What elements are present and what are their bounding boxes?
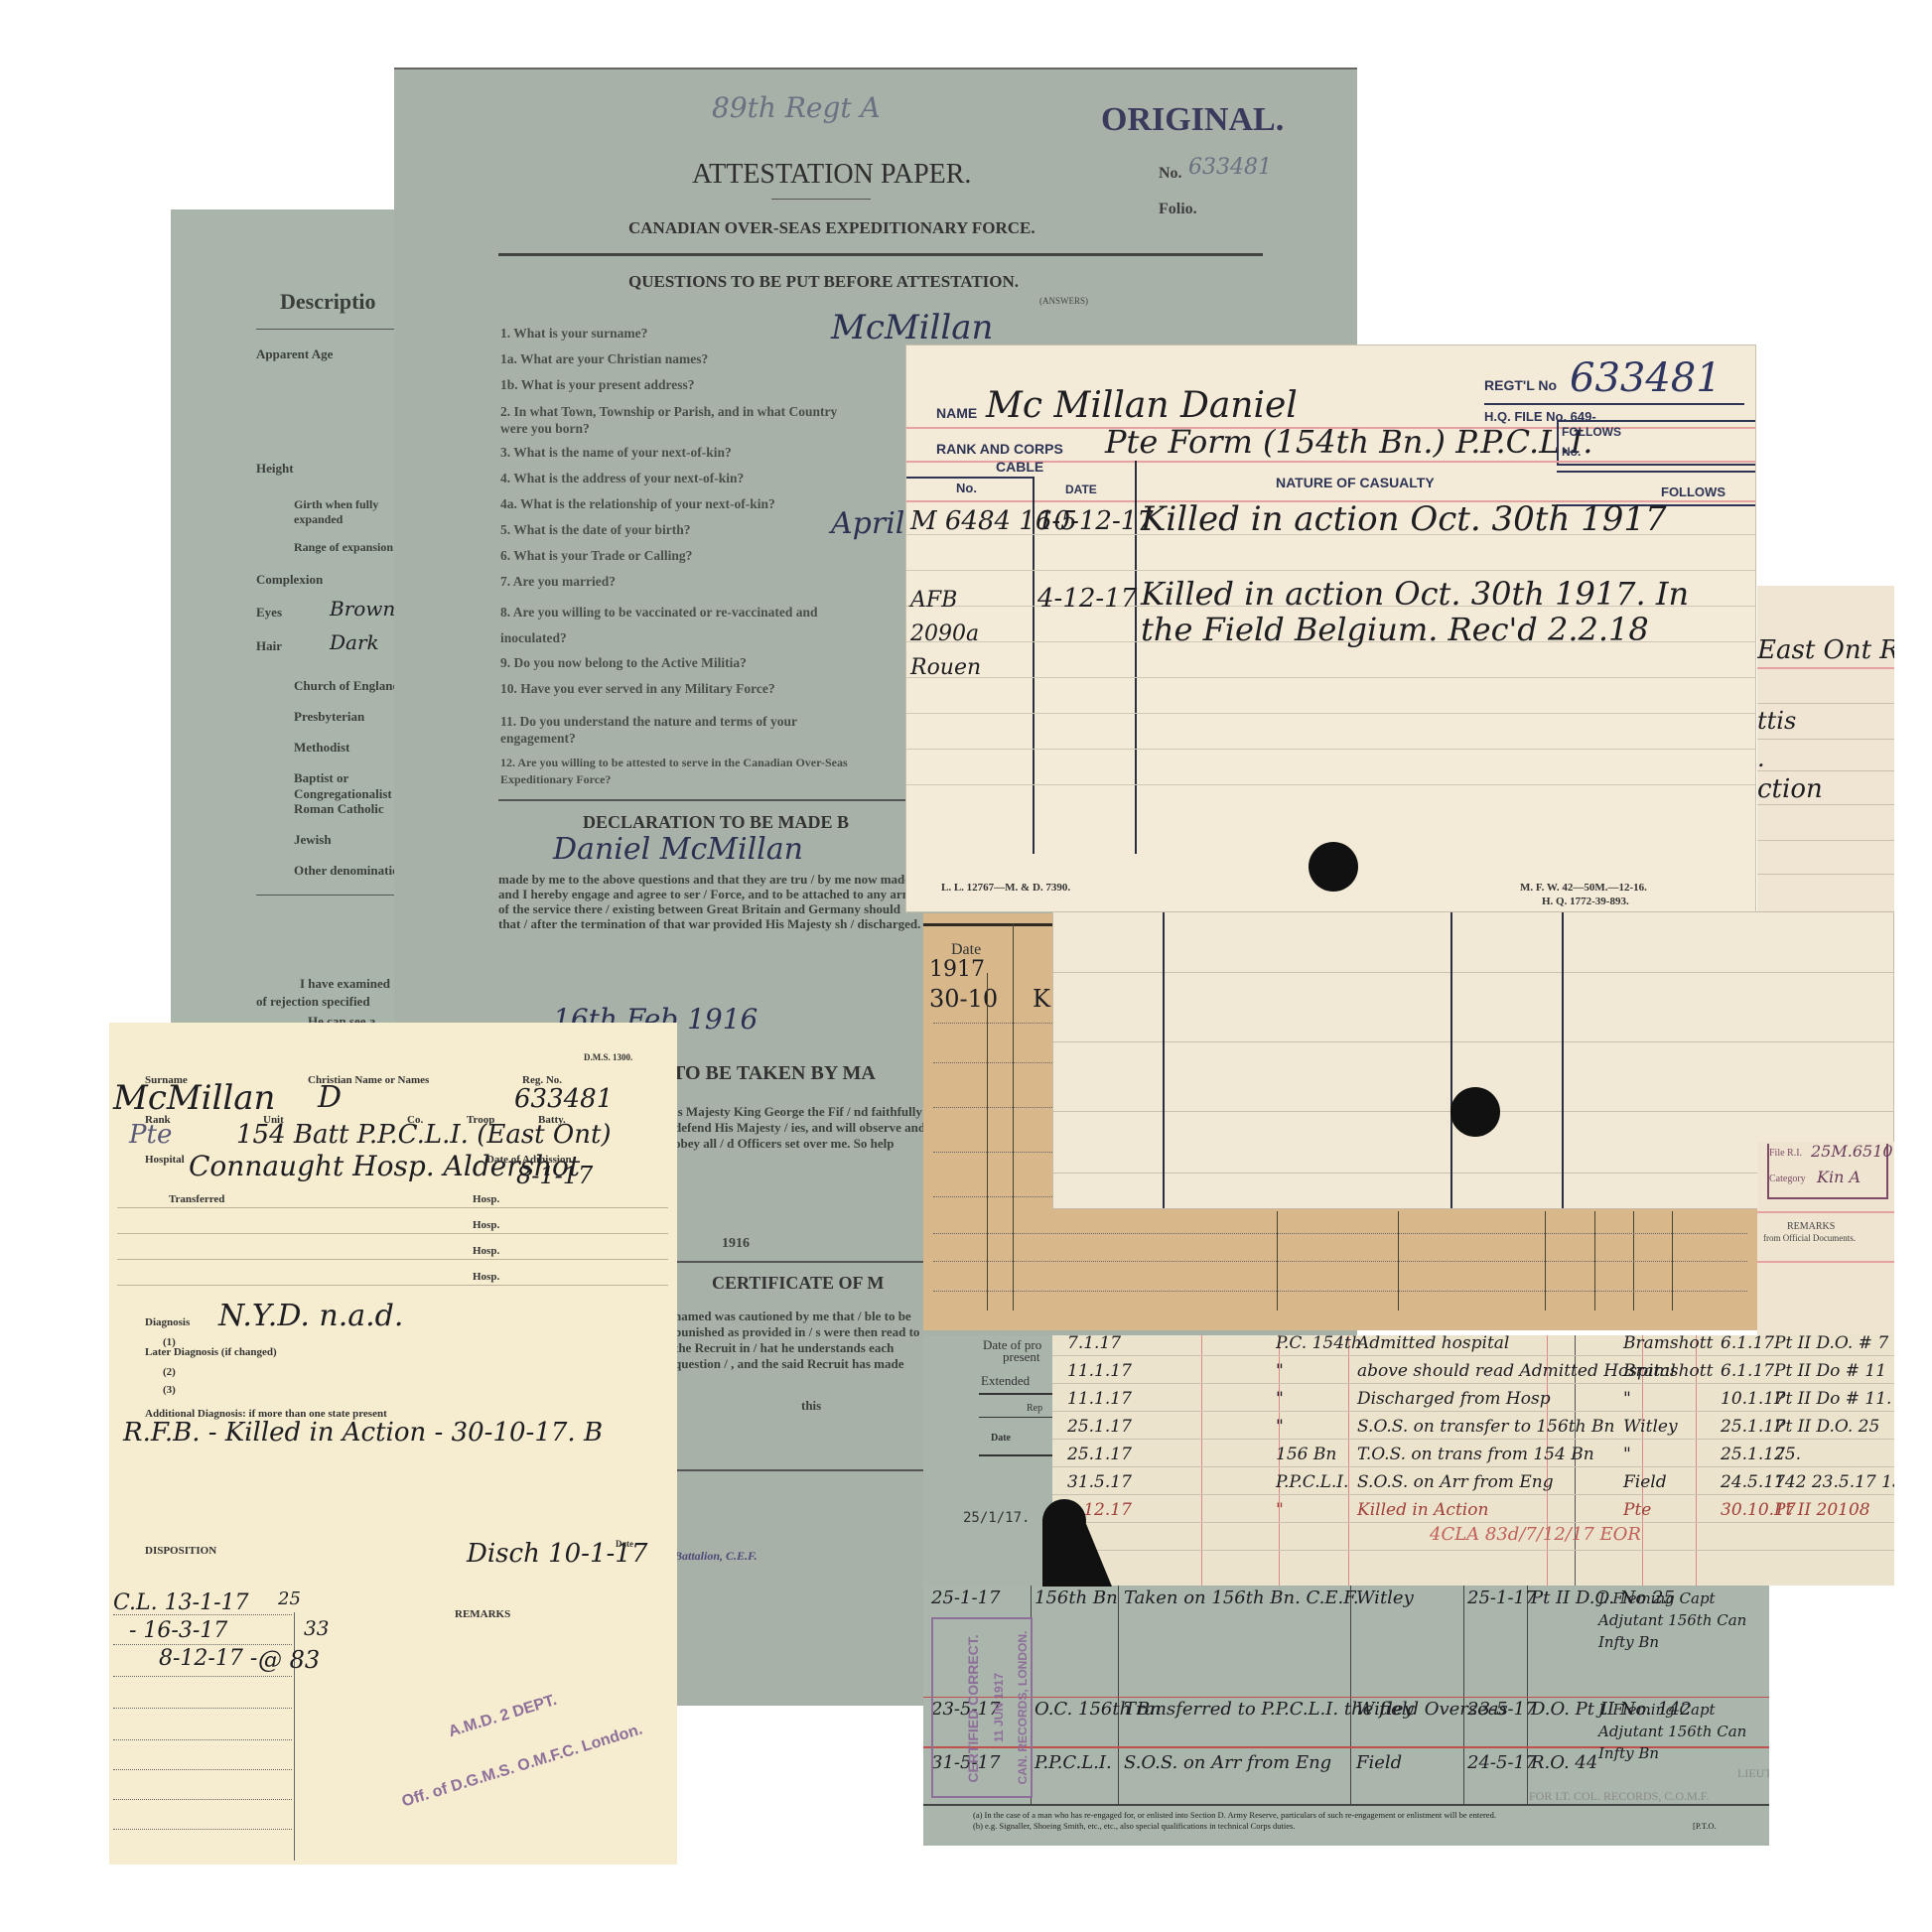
service-row-auth: Pt II D.O. 25 [1774, 1417, 1879, 1437]
remarks-sub: from Official Documents. [1763, 1233, 1856, 1243]
service-row-auth: Pt II 20108 [1774, 1500, 1870, 1520]
service-record: 7.1.17P.C. 154thAdmitted hospitalBramsho… [1052, 1335, 1894, 1586]
bottom-row-event: Transferred to P.P.C.L.I. the field Over… [1124, 1699, 1508, 1720]
attestation-number: 633481 [1188, 155, 1272, 180]
tan-year: 1917 [929, 957, 985, 982]
question-9: 9. Do you now belong to the Active Milit… [500, 655, 747, 671]
signoff-rank: LIEUT [1737, 1766, 1769, 1781]
nature-label: NATURE OF CASUALTY [1276, 475, 1435, 490]
label-present: present [1003, 1349, 1040, 1365]
service-row-unit: " [1276, 1389, 1284, 1409]
cable-label: CABLE [996, 459, 1043, 475]
footer-right-1: M. F. W. 42—50M.—12-16. [1520, 882, 1647, 894]
service-row-auth: Pt II Do # 11 [1774, 1361, 1886, 1381]
signoff: FOR LT. COL. RECORDS, C.O.M.F. [1529, 1789, 1709, 1804]
attestation-title: ATTESTATION PAPER. [692, 159, 971, 191]
follows-label-2: FOLLOWS [1661, 484, 1725, 499]
service-row-date: 25.1.17 [1067, 1417, 1132, 1437]
bottom-row-auth: R.O. 44 [1531, 1752, 1597, 1773]
field-expansion: Range of expansion [294, 540, 393, 555]
description-paper: Descriptio Apparent Age Height Girth whe… [171, 209, 419, 1034]
declaration-heading: DECLARATION TO BE MADE B [583, 812, 849, 833]
field-church-of-england: Church of England [294, 678, 400, 694]
christian-value: D [318, 1080, 342, 1115]
service-row-unit: 156 Bn [1276, 1445, 1336, 1464]
rank-value: Pte [129, 1120, 172, 1150]
service-row-date2: 6.1.17 [1721, 1335, 1774, 1353]
diagnosis-num-2: (2) [163, 1366, 176, 1378]
answers-label: (ANSWERS) [1039, 296, 1088, 306]
blue-form-fragment: Date of pro present Extended Rep Date 25… [923, 1335, 1052, 1588]
cable-no-label: No. [956, 481, 977, 495]
service-row-unit: " [1276, 1361, 1284, 1381]
troop-label: Troop [467, 1114, 494, 1126]
field-hair: Hair [256, 638, 282, 654]
form-id: D.M.S. 1300. [584, 1052, 632, 1062]
reg-no-value: 633481 [514, 1084, 613, 1114]
additional-diagnosis-value: R.F.B. - Killed in Action - 30-10-17. B [123, 1418, 603, 1448]
footnote-b: (b) e.g. Signaller, Shoeing Smith, etc.,… [973, 1821, 1295, 1831]
label-extended: Extended [981, 1373, 1030, 1389]
footer-examined: I have examined [300, 976, 390, 992]
follows-label: FOLLOWS [1562, 425, 1621, 439]
bottom-row-date2: 25-1-17 [1467, 1587, 1536, 1608]
question-6: 6. What is your Trade or Calling? [500, 548, 692, 564]
question-11: 11. Do you understand the nature and ter… [500, 713, 858, 747]
footer-rejection: of rejection specified [256, 994, 370, 1010]
ledger-line-2: ttis [1757, 707, 1796, 735]
service-row-event: S.O.S. on Arr from Eng [1357, 1472, 1554, 1492]
service-row-place: Pte [1623, 1500, 1651, 1520]
certificate-this: this [801, 1398, 821, 1414]
category-label: Category [1769, 1173, 1806, 1184]
certificate-text: named was cautioned by me that / ble to … [674, 1309, 932, 1372]
declaration-name: Daniel McMillan [553, 832, 803, 867]
entry-2-nature: Killed in action Oct. 30th 1917. In the … [1141, 576, 1736, 647]
hosp-label-3: Hosp. [473, 1245, 499, 1257]
question-1a: 1a. What are your Christian names? [500, 351, 708, 367]
service-row-place: Bramshott [1623, 1335, 1713, 1353]
entry-1-date: 10-12-17 [1037, 506, 1154, 536]
footer-left: L. L. 12767—M. & D. 7390. [941, 882, 1070, 894]
co-label: Co. [407, 1114, 423, 1126]
name-value: Mc Millan Daniel [986, 385, 1298, 426]
bottom-service-form: 25-1-17156th BnTaken on 156th Bn. C.E.F.… [923, 1586, 1769, 1846]
service-row-place: Witley [1623, 1417, 1678, 1437]
question-12: 12. Are you willing to be attested to se… [500, 755, 858, 788]
bottom-row-signature: J. Fleming Capt Adjutant 156th Can Infty… [1598, 1587, 1767, 1653]
surname-value: McMillan [113, 1078, 275, 1118]
service-row-place: " [1623, 1445, 1631, 1464]
field-roman-catholic: Roman Catholic [294, 801, 384, 817]
bottom-row-unit: 156th Bn [1035, 1587, 1118, 1608]
disposition-label: DISPOSITION [145, 1545, 216, 1557]
service-row-date: 25.1.17 [1067, 1445, 1132, 1464]
later-diagnosis-label: Later Diagnosis (if changed) [145, 1346, 277, 1358]
bottom-row-signature: J. Fleming Capt Adjutant 156th Can Infty… [1598, 1699, 1767, 1764]
oath-text: is Majesty King George the Fif / nd fait… [674, 1104, 932, 1152]
disposition-date-label: Date [616, 1539, 633, 1549]
question-3: 3. What is the name of your next-of-kin? [500, 445, 732, 461]
question-7: 7. Are you married? [500, 574, 616, 590]
question-4a: 4a. What is the relationship of your nex… [500, 496, 775, 512]
batty-label: Batty. [538, 1114, 566, 1126]
hospital-label: Hospital [145, 1154, 185, 1166]
right-page: File R.I. 25M.6510 Category Kin A REMARK… [1757, 1142, 1894, 1335]
pto-label: [P.T.O. [1693, 1821, 1717, 1831]
bottom-row-event: Taken on 156th Bn. C.E.F. [1124, 1587, 1359, 1608]
certificate-heading: CERTIFICATE OF M [712, 1273, 884, 1294]
question-10: 10. Have you ever served in any Military… [500, 681, 775, 697]
footnote-a: (a) In the case of a man who has re-enga… [973, 1810, 1496, 1820]
hair-value: Dark [330, 630, 379, 654]
punch-hole [1309, 842, 1358, 892]
service-row-place: " [1623, 1389, 1631, 1409]
hosp-label-2: Hosp. [473, 1219, 499, 1231]
service-row-event: T.O.S. on trans from 154 Bn [1357, 1445, 1594, 1464]
surname-answer: McMillan [831, 308, 993, 347]
certified-correct-stamp: CERTIFIED CORRECT. 11 JUN 1917 CAN. RECO… [931, 1617, 1033, 1798]
footer-right-2: H. Q. 1772-39-893. [1542, 896, 1629, 907]
service-row-auth: Pt II Do # 11. Ref 33. 6Bn [1774, 1389, 1894, 1409]
remarks-label: REMARKS [455, 1608, 510, 1620]
field-eyes: Eyes [256, 605, 282, 621]
service-row-date2: 6.1.17 [1721, 1361, 1774, 1381]
service-row-place: Field [1623, 1472, 1667, 1492]
ledger-entry-1-date: C.L. 13-1-17 [113, 1590, 249, 1615]
eyes-value: Brown [330, 597, 395, 621]
name-label: NAME [936, 405, 977, 421]
hosp-label-1: Hosp. [473, 1193, 499, 1205]
bottom-row-place: Witley [1356, 1587, 1414, 1608]
service-row-unit: " [1276, 1500, 1284, 1520]
file-value: 25M.6510 [1811, 1142, 1893, 1161]
cable-date-label: DATE [1065, 483, 1097, 496]
field-methodist: Methodist [294, 740, 349, 756]
question-8: 8. Are you willing to be vaccinated or r… [500, 600, 858, 651]
field-apparent-age: Apparent Age [256, 346, 333, 362]
ledger-entry-3-date: 8-12-17 - [159, 1646, 257, 1671]
service-row-auth: 25. [1774, 1445, 1801, 1464]
description-title: Descriptio [280, 289, 376, 315]
entry-1-nature: Killed in action Oct. 30th 1917 [1141, 499, 1667, 539]
declaration-text: made by me to the above questions and th… [498, 872, 925, 931]
service-row-auth: Pt II D.O. # 7 Y.D.C.L. 25 [1774, 1335, 1894, 1353]
service-row-unit: P.P.C.L.I. [1276, 1472, 1348, 1492]
remarks-label: REMARKS [1787, 1221, 1835, 1232]
question-4: 4. What is the address of your next-of-k… [500, 471, 744, 486]
ledger-line-3: . [1757, 745, 1765, 772]
rank-value: Pte Form (154th Bn.) P.P.C.L.I. [1105, 423, 1592, 461]
attestation-subtitle: CANADIAN OVER-SEAS EXPEDITIONARY FORCE. [628, 218, 1035, 238]
service-row-place: Bramshott [1623, 1361, 1713, 1381]
amd-stamp-1: A.M.D. 2 DEPT. [447, 1692, 559, 1741]
number-label: No. [1159, 165, 1182, 183]
oath-heading: TO BE TAKEN BY MA [672, 1062, 876, 1085]
ledger-line-4: ction [1757, 774, 1823, 804]
oath-date: 1916 [722, 1236, 750, 1252]
service-row-date: 11.1.17 [1067, 1361, 1132, 1381]
question-2: 2. In what Town, Township or Parish, and… [500, 403, 858, 437]
file-label: File R.I. [1769, 1148, 1802, 1159]
label-date: Date [991, 1433, 1011, 1444]
entry-2-no: AFB 2090a Rouen [910, 584, 1030, 685]
regt-no-label: REGT'L No [1484, 377, 1557, 393]
rank-label: RANK AND CORPS [936, 441, 1063, 457]
bottom-row-event: S.O.S. on Arr from Eng [1124, 1752, 1331, 1773]
birth-answer: April [831, 506, 904, 541]
regiment-annotation: 89th Regt A [712, 91, 881, 124]
entry-2-date: 4-12-17 [1037, 584, 1137, 614]
service-row-unit: " [1276, 1417, 1284, 1437]
hospital-card: D.M.S. 1300. Surname McMillan Christian … [109, 1023, 677, 1864]
service-row-event: Admitted hospital [1357, 1335, 1509, 1353]
hosp-label-4: Hosp. [473, 1271, 499, 1283]
bottom-row-date: 25-1-17 [931, 1587, 1000, 1608]
bottom-row-date2: 23-5-17 [1467, 1699, 1536, 1720]
field-complexion: Complexion [256, 572, 323, 588]
tan-entry-text: K [1033, 985, 1050, 1013]
right-ledger-fragment: East Ont R ttis . ction [1757, 586, 1894, 913]
casualty-card: REGT'L No 633481 H.Q. FILE No. 649- NAME… [905, 345, 1756, 912]
service-row-date: 11.1.17 [1067, 1389, 1132, 1409]
bottom-row-unit: P.P.C.L.I. [1035, 1752, 1112, 1773]
label-rep: Rep [1027, 1403, 1042, 1414]
transferred-label: Transferred [169, 1193, 224, 1205]
ledger-line-1: East Ont R [1757, 635, 1894, 665]
typed-date: 25/1/17. [963, 1510, 1030, 1526]
service-row-event: Discharged from Hosp [1357, 1389, 1551, 1409]
ledger-entry-3-num: @ 83 [258, 1646, 320, 1674]
question-1b: 1b. What is your present address? [500, 377, 695, 393]
punch-hole [1450, 1087, 1500, 1137]
category-value: Kin A [1817, 1168, 1861, 1186]
no-label: No. [1562, 445, 1581, 459]
bottom-row-place: Field [1356, 1752, 1402, 1773]
service-row-event: Killed in Action [1357, 1500, 1488, 1520]
red-note: 4CLA 83d/7/12/17 EOR [1430, 1524, 1641, 1545]
questions-heading: QUESTIONS TO BE PUT BEFORE ATTESTATION. [628, 272, 1019, 292]
question-5: 5. What is the date of your birth? [500, 522, 691, 538]
amd-stamp-2: Off. of D.G.M.S. O.M.F.C. London. [400, 1721, 645, 1811]
bottom-row-place: Witley [1356, 1699, 1414, 1720]
bottom-row-date2: 24-5-17 [1467, 1752, 1536, 1773]
ledger-entry-2-date: - 16-3-17 [129, 1618, 227, 1643]
service-row-event: S.O.S. on transfer to 156th Bn [1357, 1417, 1614, 1437]
field-height: Height [256, 461, 294, 477]
battalion-stamp: Battalion, C.E.F. [674, 1549, 757, 1564]
regt-no-value: 633481 [1570, 355, 1722, 401]
service-row-date: 31.5.17 [1067, 1472, 1132, 1492]
diagnosis-value: N.Y.D. n.a.d. [218, 1299, 403, 1333]
admission-value: 8-1-17 [516, 1162, 593, 1189]
service-row-unit: P.C. 154th [1276, 1335, 1362, 1353]
question-1: 1. What is your surname? [500, 326, 647, 342]
service-row-auth: 142 23.5.17 156th [1774, 1472, 1894, 1492]
field-jewish: Jewish [294, 832, 332, 848]
ledger-entry-2-num: 33 [304, 1616, 329, 1640]
service-row-date: 7.1.17 [1067, 1335, 1121, 1353]
diagnosis-num-3: (3) [163, 1384, 176, 1396]
field-presbyterian: Presbyterian [294, 709, 364, 725]
diagnosis-label: Diagnosis [145, 1316, 190, 1328]
ledger-entry-1-num: 25 [278, 1588, 301, 1609]
folio-label: Folio. [1159, 201, 1197, 218]
original-stamp: ORIGINAL. [1101, 101, 1284, 139]
